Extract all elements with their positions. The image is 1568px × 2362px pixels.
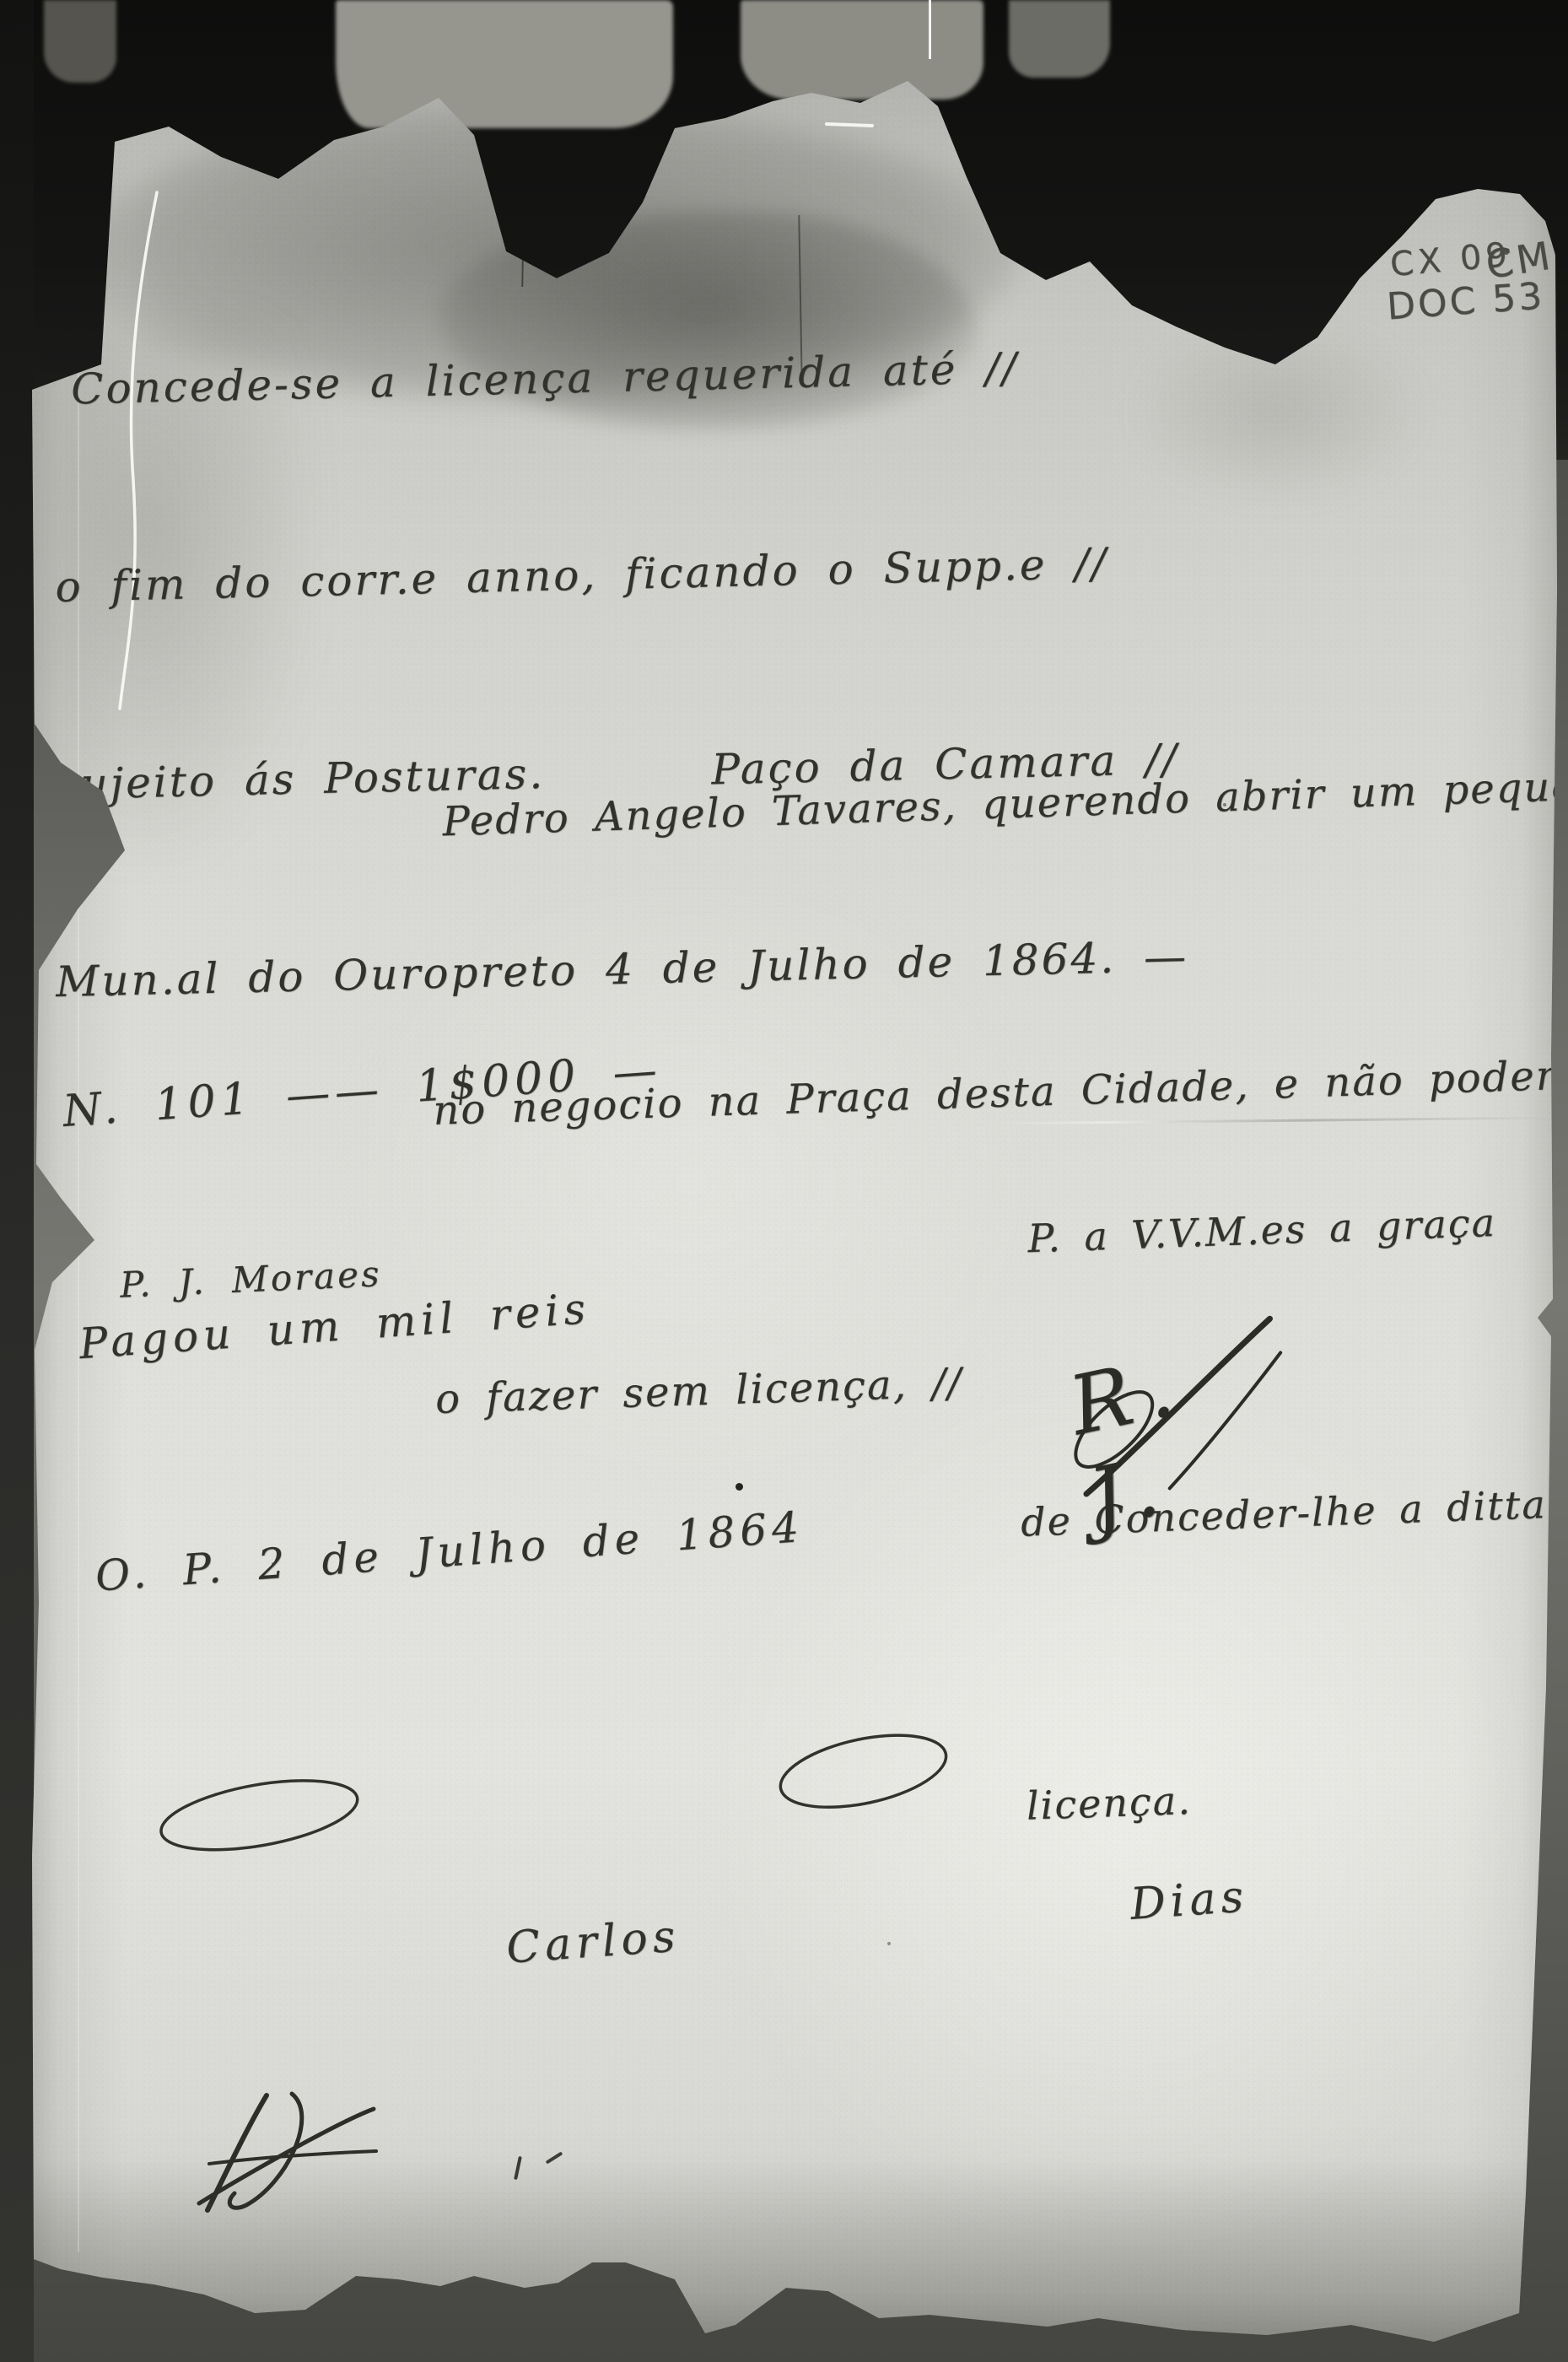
document-paper: [1] CMOP14 CX 09 DOC 53 Concede-se a lic…: [0, 0, 1568, 2362]
request-line-3: licença.: [1025, 1740, 1558, 1853]
torn-paper-remnant: [1009, 0, 1110, 78]
scanned-document: [1] CMOP14 CX 09 DOC 53 Concede-se a lic…: [0, 0, 1568, 2362]
white-scratch: [929, 0, 931, 59]
signature-carlos-text: Carlos: [504, 1911, 682, 1973]
torn-paper-remnant: [44, 0, 116, 83]
scan-left-dark-edge: [0, 0, 34, 2362]
torn-paper-remnant: [741, 0, 983, 100]
request-line-1: P. a V.V.M.es a graça: [1026, 1173, 1538, 1286]
dispatch-line-1: Concede-se a licença requerida até //: [70, 332, 1176, 423]
petition-line-1: Pedro Angelo Tavares, querendo abrir um …: [441, 737, 1568, 870]
signature-flourish: [148, 1751, 381, 1860]
torn-paper-remnant: [336, 0, 673, 128]
bottom-rubric-monogram: [184, 2077, 386, 2220]
signature-carlos: Carlos: [169, 1743, 688, 2087]
signature-flourish: [772, 1710, 972, 1816]
